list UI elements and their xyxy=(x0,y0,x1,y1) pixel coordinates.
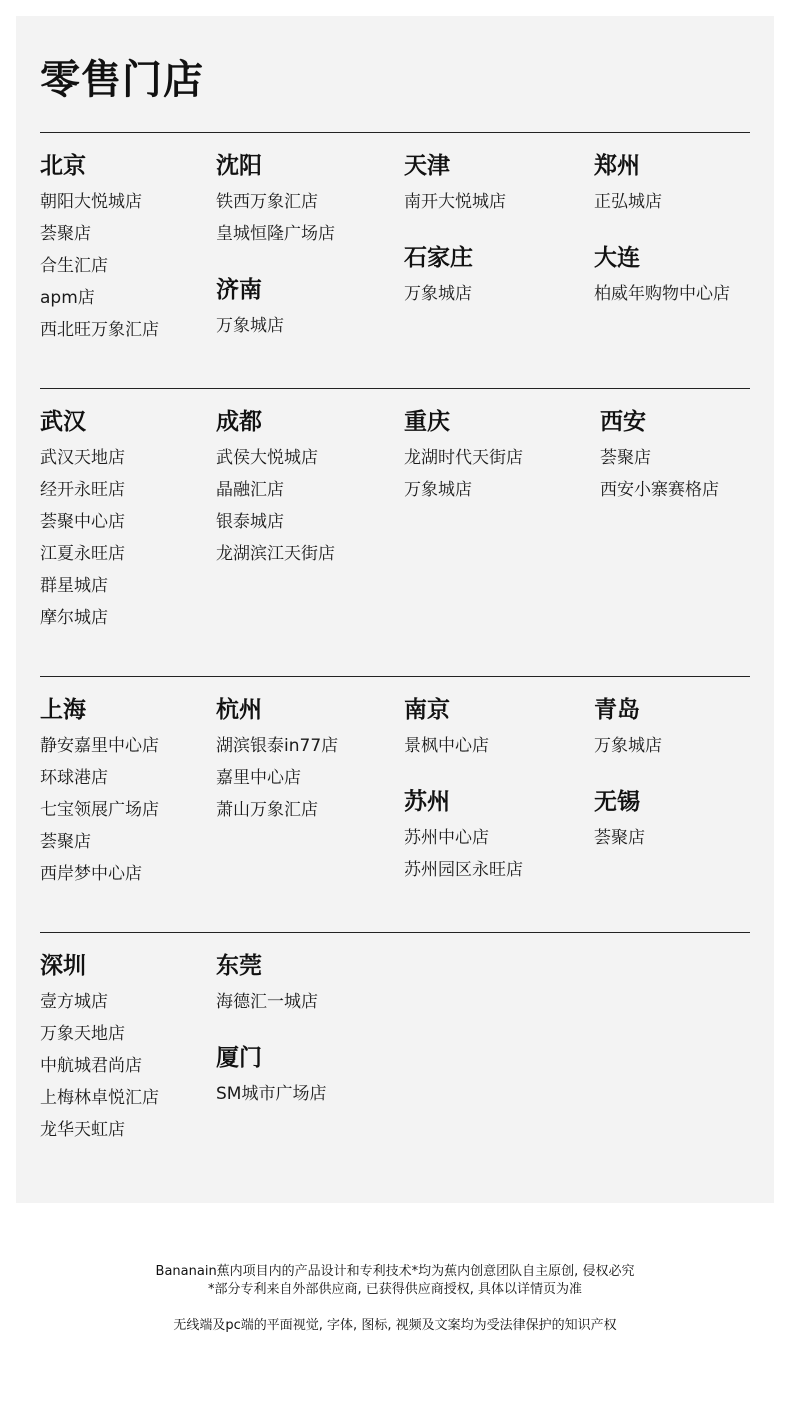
city-name: 深圳 xyxy=(40,950,159,982)
city-group-zhengzhou: 郑州 正弘城店 xyxy=(594,150,730,218)
store-item: 荟聚店 xyxy=(600,442,719,474)
city-group-shenyang: 沈阳 铁西万象汇店 皇城恒隆广场店 xyxy=(216,150,335,250)
city-name: 杭州 xyxy=(216,694,338,726)
city-group-wuxi: 无锡 荟聚店 xyxy=(594,786,662,854)
city-name: 北京 xyxy=(40,150,159,182)
city-column: 杭州 湖滨银泰in77店 嘉里中心店 萧山万象汇店 xyxy=(216,694,338,826)
city-column: 成都 武侯大悦城店 晶融汇店 银泰城店 龙湖滨江天街店 xyxy=(216,406,335,570)
city-name: 大连 xyxy=(594,242,730,274)
store-item: 龙湖滨江天街店 xyxy=(216,538,335,570)
city-name: 青岛 xyxy=(594,694,662,726)
store-item: 皇城恒隆广场店 xyxy=(216,218,335,250)
city-name: 无锡 xyxy=(594,786,662,818)
city-group-jinan: 济南 万象城店 xyxy=(216,274,335,342)
store-item: 正弘城店 xyxy=(594,186,730,218)
footer-copyright-line-1: Bananain蕉内项目内的产品设计和专利技术*均为蕉内创意团队自主原创, 侵权… xyxy=(0,1263,790,1281)
store-item: 荟聚店 xyxy=(40,218,159,250)
city-name: 上海 xyxy=(40,694,159,726)
city-column: 重庆 龙湖时代天街店 万象城店 xyxy=(404,406,523,506)
city-group-shanghai: 上海 静安嘉里中心店 环球港店 七宝领展广场店 荟聚店 西岸梦中心店 xyxy=(40,694,159,890)
store-item: 西安小寨赛格店 xyxy=(600,474,719,506)
footer-ip-notice: 无线端及pc端的平面视觉, 字体, 图标, 视频及文案均为受法律保护的知识产权 xyxy=(0,1317,790,1335)
store-item: 湖滨银泰in77店 xyxy=(216,730,338,762)
store-item: 银泰城店 xyxy=(216,506,335,538)
store-item: 柏威年购物中心店 xyxy=(594,278,730,310)
store-item: apm店 xyxy=(40,282,159,314)
city-group-beijing: 北京 朝阳大悦城店 荟聚店 合生汇店 apm店 西北旺万象汇店 xyxy=(40,150,159,346)
store-item: 苏州园区永旺店 xyxy=(404,854,523,886)
city-group-hangzhou: 杭州 湖滨银泰in77店 嘉里中心店 萧山万象汇店 xyxy=(216,694,338,826)
city-name: 石家庄 xyxy=(404,242,506,274)
city-group-shenzhen: 深圳 壹方城店 万象天地店 中航城君尚店 上梅林卓悦汇店 龙华天虹店 xyxy=(40,950,159,1146)
city-group-nanjing: 南京 景枫中心店 xyxy=(404,694,523,762)
store-item: 荟聚店 xyxy=(594,822,662,854)
city-name: 沈阳 xyxy=(216,150,335,182)
store-item: 海德汇一城店 xyxy=(216,986,326,1018)
city-column: 西安 荟聚店 西安小寨赛格店 xyxy=(600,406,719,506)
city-group-suzhou: 苏州 苏州中心店 苏州园区永旺店 xyxy=(404,786,523,886)
city-group-xian: 西安 荟聚店 西安小寨赛格店 xyxy=(600,406,719,506)
store-item: 景枫中心店 xyxy=(404,730,523,762)
store-item: 经开永旺店 xyxy=(40,474,125,506)
store-item: 上梅林卓悦汇店 xyxy=(40,1082,159,1114)
city-name: 厦门 xyxy=(216,1042,326,1074)
city-column: 深圳 壹方城店 万象天地店 中航城君尚店 上梅林卓悦汇店 龙华天虹店 xyxy=(40,950,159,1146)
store-item: 南开大悦城店 xyxy=(404,186,506,218)
store-item: 西北旺万象汇店 xyxy=(40,314,159,346)
city-column: 南京 景枫中心店 苏州 苏州中心店 苏州园区永旺店 xyxy=(404,694,523,886)
store-item: 龙湖时代天街店 xyxy=(404,442,523,474)
city-column: 天津 南开大悦城店 石家庄 万象城店 xyxy=(404,150,506,310)
city-group-qingdao: 青岛 万象城店 xyxy=(594,694,662,762)
city-group-chengdu: 成都 武侯大悦城店 晶融汇店 银泰城店 龙湖滨江天街店 xyxy=(216,406,335,570)
city-name: 武汉 xyxy=(40,406,125,438)
store-item: 嘉里中心店 xyxy=(216,762,338,794)
store-item: 环球港店 xyxy=(40,762,159,794)
store-item: 万象天地店 xyxy=(40,1018,159,1050)
store-item: 萧山万象汇店 xyxy=(216,794,338,826)
page-title: 零售门店 xyxy=(40,52,204,108)
section-divider xyxy=(40,132,750,133)
store-item: 荟聚店 xyxy=(40,826,159,858)
section-divider xyxy=(40,676,750,677)
city-column: 沈阳 铁西万象汇店 皇城恒隆广场店 济南 万象城店 xyxy=(216,150,335,342)
store-item: 万象城店 xyxy=(594,730,662,762)
city-name: 苏州 xyxy=(404,786,523,818)
city-name: 东莞 xyxy=(216,950,326,982)
store-item: 铁西万象汇店 xyxy=(216,186,335,218)
city-name: 重庆 xyxy=(404,406,523,438)
city-column: 东莞 海德汇一城店 厦门 SM城市广场店 xyxy=(216,950,326,1110)
city-name: 天津 xyxy=(404,150,506,182)
city-group-chongqing: 重庆 龙湖时代天街店 万象城店 xyxy=(404,406,523,506)
store-item: 武侯大悦城店 xyxy=(216,442,335,474)
store-item: 中航城君尚店 xyxy=(40,1050,159,1082)
footer-copyright-line-2: *部分专利来自外部供应商, 已获得供应商授权, 具体以详情页为准 xyxy=(0,1281,790,1299)
city-name: 郑州 xyxy=(594,150,730,182)
store-item: 壹方城店 xyxy=(40,986,159,1018)
section-divider xyxy=(40,388,750,389)
store-item: 七宝领展广场店 xyxy=(40,794,159,826)
city-group-xiamen: 厦门 SM城市广场店 xyxy=(216,1042,326,1110)
store-item: 荟聚中心店 xyxy=(40,506,125,538)
city-name: 济南 xyxy=(216,274,335,306)
city-name: 南京 xyxy=(404,694,523,726)
store-item: 晶融汇店 xyxy=(216,474,335,506)
city-group-wuhan: 武汉 武汉天地店 经开永旺店 荟聚中心店 江夏永旺店 群星城店 摩尔城店 xyxy=(40,406,125,634)
store-item: 静安嘉里中心店 xyxy=(40,730,159,762)
store-item: 群星城店 xyxy=(40,570,125,602)
city-column: 郑州 正弘城店 大连 柏威年购物中心店 xyxy=(594,150,730,310)
city-column: 北京 朝阳大悦城店 荟聚店 合生汇店 apm店 西北旺万象汇店 xyxy=(40,150,159,346)
store-item: 西岸梦中心店 xyxy=(40,858,159,890)
city-group-dongguan: 东莞 海德汇一城店 xyxy=(216,950,326,1018)
store-item: 武汉天地店 xyxy=(40,442,125,474)
city-group-dalian: 大连 柏威年购物中心店 xyxy=(594,242,730,310)
store-item: 江夏永旺店 xyxy=(40,538,125,570)
store-item: 龙华天虹店 xyxy=(40,1114,159,1146)
city-group-shijiazhuang: 石家庄 万象城店 xyxy=(404,242,506,310)
city-name: 西安 xyxy=(600,406,719,438)
city-column: 武汉 武汉天地店 经开永旺店 荟聚中心店 江夏永旺店 群星城店 摩尔城店 xyxy=(40,406,125,634)
store-item: 万象城店 xyxy=(404,474,523,506)
city-name: 成都 xyxy=(216,406,335,438)
city-column: 青岛 万象城店 无锡 荟聚店 xyxy=(594,694,662,854)
store-item: 朝阳大悦城店 xyxy=(40,186,159,218)
store-item: SM城市广场店 xyxy=(216,1078,326,1110)
city-group-tianjin: 天津 南开大悦城店 xyxy=(404,150,506,218)
store-item: 合生汇店 xyxy=(40,250,159,282)
store-item: 摩尔城店 xyxy=(40,602,125,634)
store-item: 万象城店 xyxy=(404,278,506,310)
section-divider xyxy=(40,932,750,933)
store-item: 万象城店 xyxy=(216,310,335,342)
city-column: 上海 静安嘉里中心店 环球港店 七宝领展广场店 荟聚店 西岸梦中心店 xyxy=(40,694,159,890)
store-item: 苏州中心店 xyxy=(404,822,523,854)
